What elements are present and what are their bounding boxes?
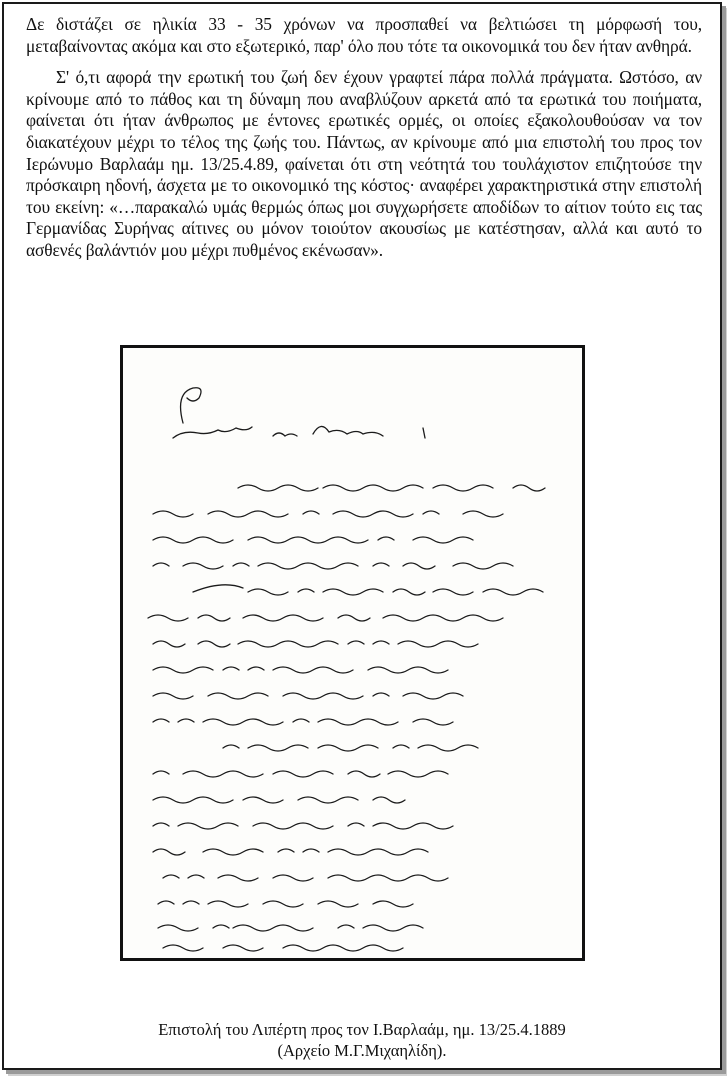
body-text: Δε διστάζει σε ηλικία 33 - 35 χρόνων να …: [26, 14, 702, 262]
caption-line-1: Επιστολή του Λιπέρτη προς τον Ι.Βαρλαάμ,…: [4, 1019, 720, 1040]
document-page: Δε διστάζει σε ηλικία 33 - 35 χρόνων να …: [2, 2, 722, 1070]
figure-caption: Επιστολή του Λιπέρτη προς τον Ι.Βαρλαάμ,…: [4, 1019, 720, 1061]
handwriting-scribbles: [123, 348, 582, 958]
handwritten-letter-image: [120, 345, 585, 961]
paragraph-2: Σ' ό,τι αφορά την ερωτική του ζωή δεν έχ…: [26, 67, 702, 261]
caption-line-2: (Αρχείο Μ.Γ.Μιχαηλίδη).: [4, 1040, 720, 1061]
paragraph-1: Δε διστάζει σε ηλικία 33 - 35 χρόνων να …: [26, 14, 702, 57]
